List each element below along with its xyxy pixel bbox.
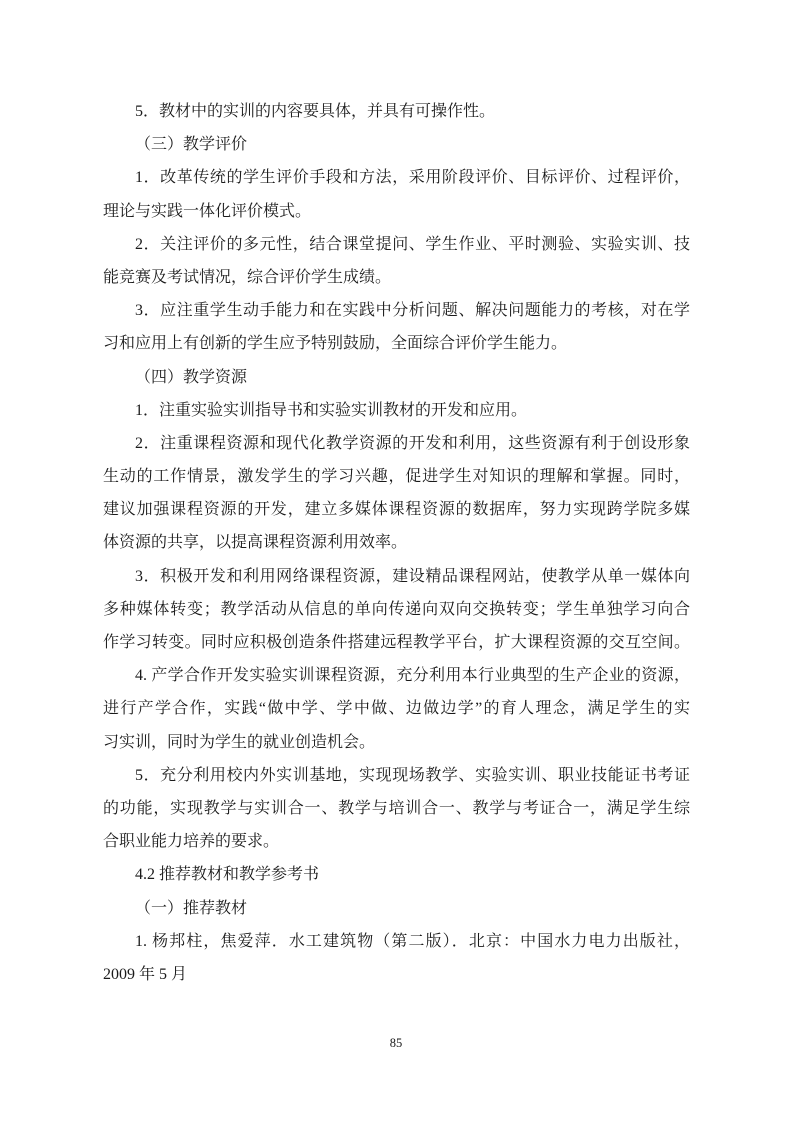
body-paragraph: 5．充分利用校内外实训基地，实现现场教学、实验实训、职业技能证书考证 的功能，实… [103,759,690,859]
body-paragraph: 2．注重课程资源和现代化教学资源的开发和利用，这些资源有利于创设形象 生动的工作… [103,427,690,560]
section-heading: （四）教学资源 [103,361,690,394]
page-number: 85 [390,1036,403,1050]
text-line: 进行产学合作，实践“做中学、学中做、边做边学”的育人理念，满足学生的实 [103,692,690,725]
section-heading: （一）推荐教材 [103,892,690,925]
text-line: 4. 产学合作开发实验实训课程资源，充分利用本行业典型的生产企业的资源， [103,659,690,692]
text-line: 1．改革传统的学生评价手段和方法，采用阶段评价、目标评价、过程评价， [103,161,690,194]
text-line: 作学习转变。同时应积极创造条件搭建远程教学平台，扩大课程资源的交互空间。 [103,626,690,659]
text-line: 3．积极开发和利用网络课程资源，建设精品课程网站，使教学从单一媒体向 [103,560,690,593]
text-line: 3．应注重学生动手能力和在实践中分析问题、解决问题能力的考核，对在学 [103,294,690,327]
text-line: 1. 杨邦柱，焦爱萍．水工建筑物（第二版）．北京：中国水力电力出版社， [103,925,690,958]
text-line: 2009 年 5 月 [103,958,690,991]
text-line: 5．充分利用校内外实训基地，实现现场教学、实验实训、职业技能证书考证 [103,759,690,792]
body-paragraph: 3．积极开发和利用网络课程资源，建设精品课程网站，使教学从单一媒体向 多种媒体转… [103,560,690,660]
text-line: 建议加强课程资源的开发，建立多媒体课程资源的数据库，努力实现跨学院多媒 [103,493,690,526]
text-line: 5．教材中的实训的内容要具体，并具有可操作性。 [103,95,690,128]
text-line: 多种媒体转变；教学活动从信息的单向传递向双向交换转变；学生单独学习向合 [103,593,690,626]
text-line: 1．注重实验实训指导书和实验实训教材的开发和应用。 [103,394,690,427]
text-line: 的功能，实现教学与实训合一、教学与培训合一、教学与考证合一，满足学生综 [103,792,690,825]
text-line: 理论与实践一体化评价模式。 [103,195,690,228]
text-line: （四）教学资源 [103,361,690,394]
text-line: （一）推荐教材 [103,892,690,925]
text-line: 2．关注评价的多元性，结合课堂提问、学生作业、平时测验、实验实训、技 [103,228,690,261]
body-paragraph: 3．应注重学生动手能力和在实践中分析问题、解决问题能力的考核，对在学 习和应用上… [103,294,690,360]
text-line: 合职业能力培养的要求。 [103,825,690,858]
list-item-paragraph: 1．注重实验实训指导书和实验实训教材的开发和应用。 [103,394,690,427]
body-paragraph: 1．改革传统的学生评价手段和方法，采用阶段评价、目标评价、过程评价， 理论与实践… [103,161,690,227]
text-line: 习实训，同时为学生的就业创造机会。 [103,726,690,759]
section-heading: （三）教学评价 [103,128,690,161]
text-line: 生动的工作情景，激发学生的学习兴趣，促进学生对知识的理解和掌握。同时， [103,460,690,493]
reference-paragraph: 1. 杨邦柱，焦爱萍．水工建筑物（第二版）．北京：中国水力电力出版社， 2009… [103,925,690,991]
document-body: 5．教材中的实训的内容要具体，并具有可操作性。 （三）教学评价 1．改革传统的学… [103,95,690,991]
page-footer: 85 [0,1031,792,1055]
text-line: 4.2 推荐教材和教学参考书 [103,858,690,891]
text-line: 2．注重课程资源和现代化教学资源的开发和利用，这些资源有利于创设形象 [103,427,690,460]
numbered-heading: 4.2 推荐教材和教学参考书 [103,858,690,891]
text-line: 体资源的共享，以提高课程资源利用效率。 [103,526,690,559]
list-item-paragraph: 5．教材中的实训的内容要具体，并具有可操作性。 [103,95,690,128]
text-line: （三）教学评价 [103,128,690,161]
text-line: 习和应用上有创新的学生应予特别鼓励，全面综合评价学生能力。 [103,327,690,360]
body-paragraph: 4. 产学合作开发实验实训课程资源，充分利用本行业典型的生产企业的资源， 进行产… [103,659,690,759]
text-line: 能竞赛及考试情况，综合评价学生成绩。 [103,261,690,294]
body-paragraph: 2．关注评价的多元性，结合课堂提问、学生作业、平时测验、实验实训、技 能竞赛及考… [103,228,690,294]
